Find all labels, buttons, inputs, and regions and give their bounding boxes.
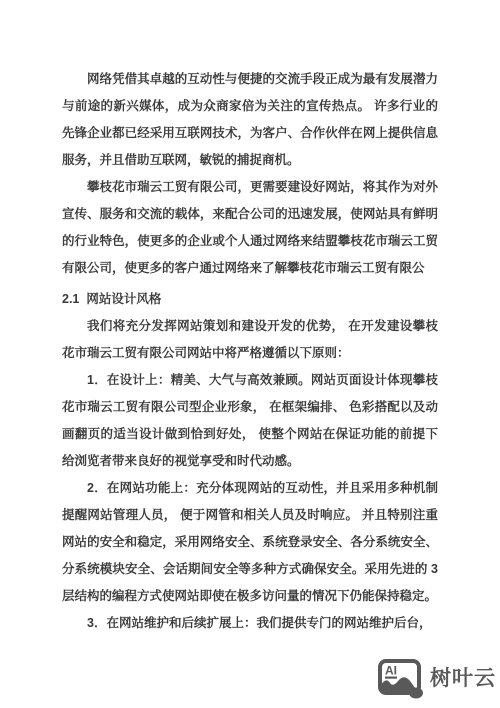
section-heading: 2.1 网站设计风格 — [62, 286, 438, 313]
document-page: 网络凭借其卓越的互动性与便捷的交流手段正成为最有发展潜力与前途的新兴媒体，成为众… — [0, 0, 500, 637]
ai-image-icon: AI — [378, 657, 424, 699]
watermark-brand-text: 树叶云 — [430, 668, 496, 689]
paragraph-company: 攀枝花市瑞云工贸有限公司，更需要建设好网站，将其作为对外宣传、服务和交流的载体，… — [62, 174, 438, 282]
paragraph-intro: 网络凭借其卓越的互动性与便捷的交流手段正成为最有发展潜力与前途的新兴媒体，成为众… — [62, 66, 438, 174]
paragraph-principles-intro: 我们将充分发挥网站策划和建设开发的优势， 在开发建设攀枝花市瑞云工贸有限公司网站… — [62, 313, 438, 367]
mountain-shape — [379, 677, 423, 698]
list-item-maintenance: 3．在网站维护和后续扩展上：我们提供专门的网站维护后台， — [62, 610, 438, 637]
watermark: AI 树叶云 — [378, 657, 496, 699]
list-item-function: 2．在网站功能上：充分体现网站的互动性，并且采用多种机制提醒网站管理人员， 便于… — [62, 475, 438, 610]
ai-logo-text: AI — [385, 664, 397, 678]
list-item-design: 1．在设计上：精美、大气与高效兼顾。网站页面设计体现攀枝花市瑞云工贸有限公司型企… — [62, 367, 438, 475]
